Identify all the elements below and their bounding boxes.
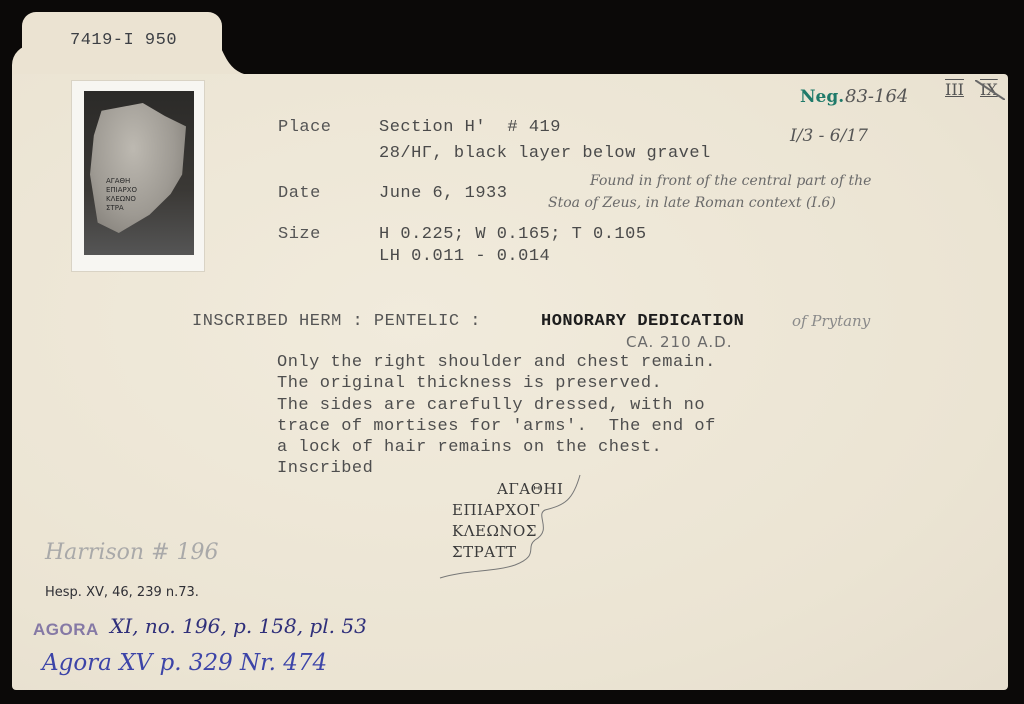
catalog-number: 7419-I 950 <box>70 31 177 50</box>
size-label: Size <box>278 225 321 244</box>
size-line-1: H 0.225; W 0.165; T 0.105 <box>379 225 647 244</box>
handwritten-find-note: Found in front of the central part of th… <box>548 170 871 214</box>
harrison-reference: Harrison # 196 <box>45 540 219 565</box>
roman-mark-iii: III <box>945 80 964 99</box>
range-note: I/3 - 6/17 <box>790 126 868 146</box>
agora-xv-reference: Agora XV p. 329 Nr. 474 <box>42 650 327 676</box>
photo-print: ΑΓΑΘΗ ΕΠΙΑΡΧΟ ΚΛΕΩΝΟ ΣΤΡΑ <box>84 91 194 255</box>
hesperia-reference: Hesp. XV, 46, 239 n.73. <box>45 585 199 600</box>
date-note: CA. 210 A.D. <box>626 333 733 351</box>
place-line-1: Section H' # 419 <box>379 118 561 137</box>
object-heading-bold: HONORARY DEDICATION <box>541 312 744 331</box>
catalog-card: 7419-I 950 ΑΓΑΘΗ ΕΠΙΑΡΧΟ ΚΛΕΩΝΟ ΣΤΡΑ Neg… <box>0 0 1024 704</box>
place-line-2: 28/HΓ, black layer below gravel <box>379 144 711 163</box>
heading-handwritten-addition: of Prytany <box>792 312 870 330</box>
size-line-2: LH 0.011 - 0.014 <box>379 247 550 266</box>
negative-stamp: Neg. <box>800 87 844 107</box>
place-label: Place <box>278 118 332 137</box>
object-heading: INSCRIBED HERM : PENTELIC : <box>192 312 481 331</box>
break-line-drawing <box>435 470 585 580</box>
negative-number: 83-164 <box>845 86 908 107</box>
date-value: June 6, 1933 <box>379 184 507 203</box>
photo-inscription: ΑΓΑΘΗ ΕΠΙΑΡΧΟ ΚΛΕΩΝΟ ΣΤΡΑ <box>106 177 137 213</box>
strikethrough-mark <box>975 80 1005 100</box>
description: Only the right shoulder and chest remain… <box>277 352 716 480</box>
stone-fragment-image <box>90 103 186 233</box>
agora-stamp: AGORA <box>33 620 99 640</box>
agora-xi-reference: XI, no. 196, p. 158, pl. 53 <box>110 614 367 638</box>
object-photo: ΑΓΑΘΗ ΕΠΙΑΡΧΟ ΚΛΕΩΝΟ ΣΤΡΑ <box>71 80 205 272</box>
date-label: Date <box>278 184 321 203</box>
